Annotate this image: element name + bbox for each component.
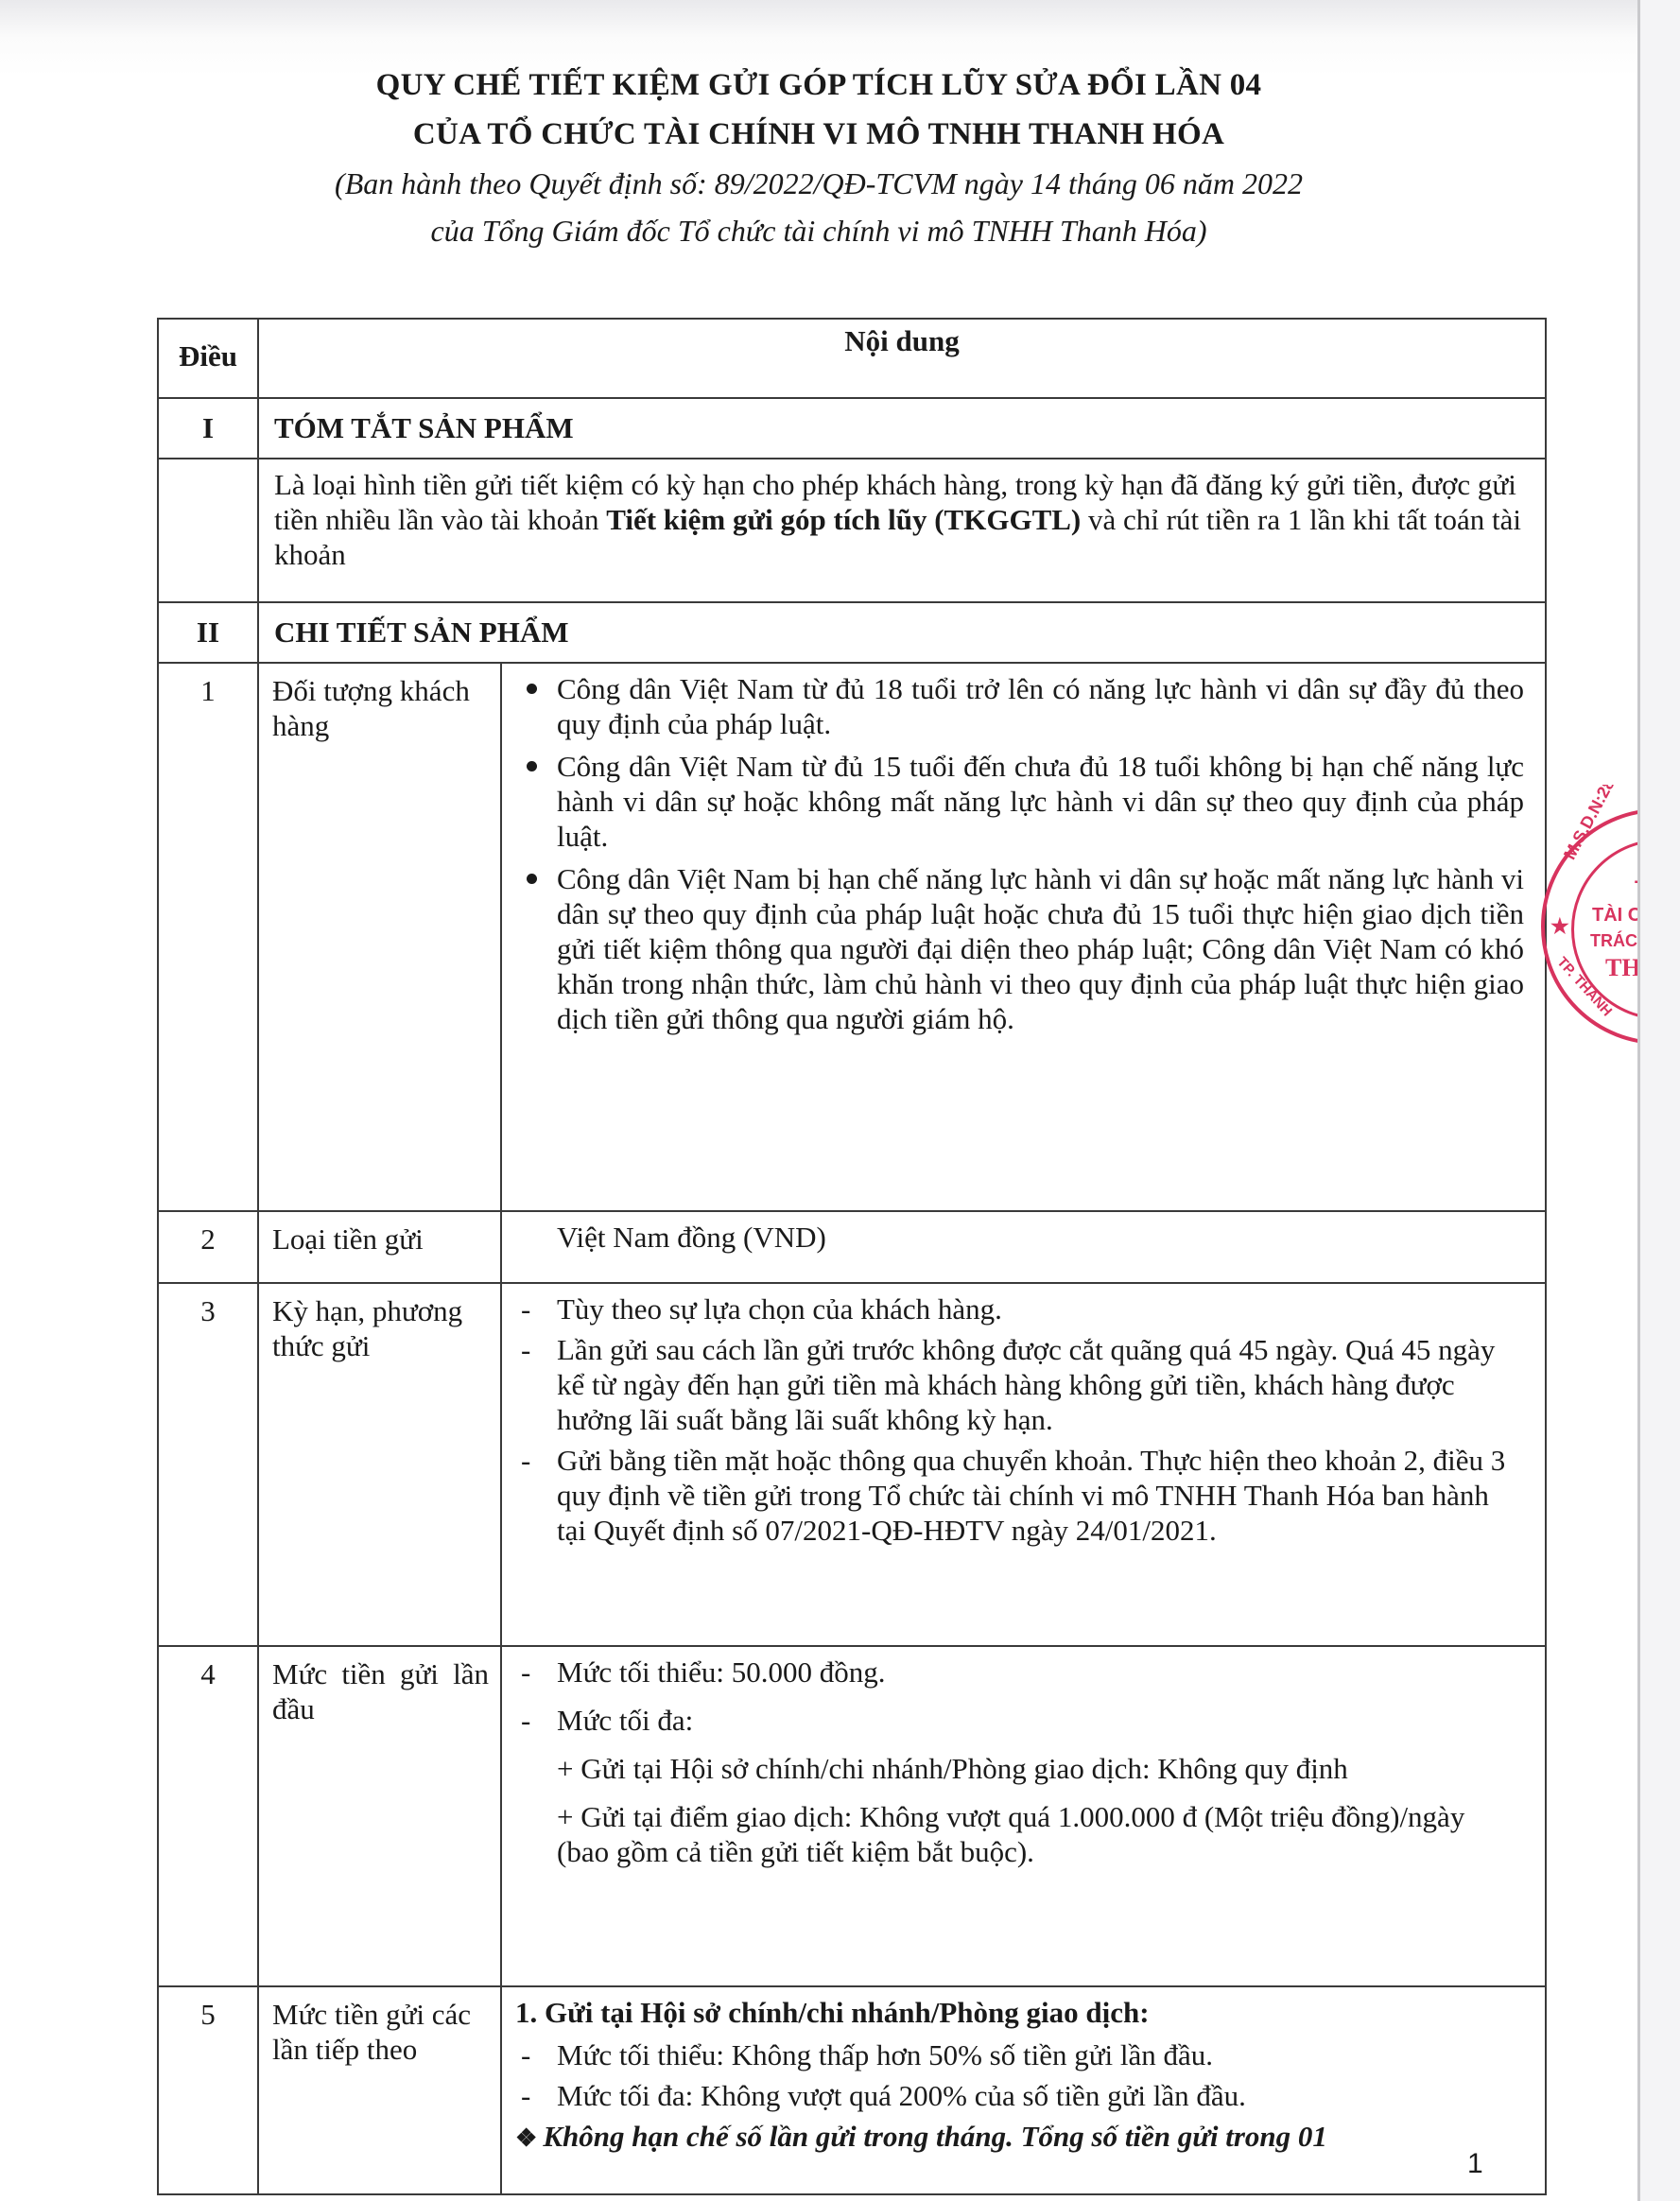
- stamp-text: TH: [1605, 954, 1637, 982]
- list-item: -Mức tối đa:: [515, 1703, 1524, 1738]
- section-number: II: [158, 602, 258, 663]
- list-item: Công dân Việt Nam từ đủ 15 tuổi đến chưa…: [515, 749, 1524, 854]
- dash-icon: -: [521, 2078, 530, 2113]
- row-content: Công dân Việt Nam từ đủ 18 tuổi trở lên …: [501, 663, 1546, 1211]
- dash-icon: -: [521, 1332, 530, 1367]
- dash-icon: -: [521, 1655, 530, 1690]
- row-number: 4: [158, 1646, 258, 1986]
- row-label: Đối tượng khách hàng: [258, 663, 501, 1211]
- row-content: -Tùy theo sự lựa chọn của khách hàng. -L…: [501, 1283, 1546, 1646]
- document-title-organization: CỦA TỔ CHỨC TÀI CHÍNH VI MÔ TNHH THANH H…: [0, 117, 1637, 152]
- table-row: 4 Mức tiền gửi lần đầu -Mức tối thiểu: 5…: [158, 1646, 1546, 1986]
- summary-text: Là loại hình tiền gửi tiết kiệm có kỳ hạ…: [258, 459, 1546, 602]
- empty-cell: [158, 459, 258, 602]
- row-number: 2: [158, 1211, 258, 1283]
- regulation-table: Điều Nội dung I TÓM TẮT SẢN PHẨM Là loại…: [157, 318, 1547, 2195]
- row-label: Loại tiền gửi: [258, 1211, 501, 1283]
- header-content: Nội dung: [258, 319, 1546, 398]
- section-row-details: II CHI TIẾT SẢN PHẨM: [158, 602, 1546, 663]
- document-subtitle-issuer: của Tổng Giám đốc Tổ chức tài chính vi m…: [0, 214, 1637, 249]
- row-label: Mức tiền gửi các lần tiếp theo: [258, 1986, 501, 2194]
- bullet-icon: [527, 684, 537, 694]
- bullet-icon: [527, 761, 537, 771]
- row-number: 3: [158, 1283, 258, 1646]
- list-item: -Gửi bằng tiền mặt hoặc thông qua chuyển…: [515, 1443, 1524, 1548]
- list-item: Công dân Việt Nam bị hạn chế năng lực hà…: [515, 861, 1524, 1036]
- row-content: Việt Nam đồng (VND): [501, 1211, 1546, 1283]
- row-number: 1: [158, 663, 258, 1211]
- table-header-row: Điều Nội dung: [158, 319, 1546, 398]
- list-item: -Mức tối đa: Không vượt quá 200% của số …: [515, 2078, 1524, 2113]
- row-content: -Mức tối thiểu: 50.000 đồng. -Mức tối đa…: [501, 1646, 1546, 1986]
- document-title: QUY CHẾ TIẾT KIỆM GỬI GÓP TÍCH LŨY SỬA Đ…: [0, 68, 1637, 103]
- scan-margin: [1640, 0, 1680, 2201]
- list-item: -Mức tối thiểu: Không thấp hơn 50% số ti…: [515, 2037, 1524, 2072]
- diamond-bullet-icon: ❖: [515, 2124, 537, 2152]
- list-item: -Tùy theo sự lựa chọn của khách hàng.: [515, 1291, 1524, 1326]
- dash-icon: -: [521, 2037, 530, 2072]
- table-row: 5 Mức tiền gửi các lần tiếp theo 1. Gửi …: [158, 1986, 1546, 2194]
- dash-icon: -: [521, 1703, 530, 1738]
- document-subtitle-decision: (Ban hành theo Quyết định số: 89/2022/QĐ…: [0, 166, 1637, 201]
- row-label: Kỳ hạn, phương thức gửi: [258, 1283, 501, 1646]
- stamp-text: TỔ: [1635, 876, 1637, 901]
- product-name: Tiết kiệm gửi góp tích lũy (TKGGTL): [606, 503, 1081, 536]
- list-item: -Mức tối thiểu: 50.000 đồng.: [515, 1655, 1524, 1690]
- stamp-circle: M.S.D.N:2802 ★ TỔ TÀI C TRÁCH TH TP. THA…: [1541, 808, 1637, 1045]
- section-title: CHI TIẾT SẢN PHẨM: [258, 602, 1546, 663]
- section-title: TÓM TẮT SẢN PHẨM: [258, 398, 1546, 459]
- row-number: 5: [158, 1986, 258, 2194]
- stamp-text: TRÁCH: [1590, 931, 1637, 951]
- list-item: -Lần gửi sau cách lần gửi trước không đư…: [515, 1332, 1524, 1437]
- section-number: I: [158, 398, 258, 459]
- stamp-text: TÀI C: [1592, 905, 1637, 927]
- subsection-heading: 1. Gửi tại Hội sở chính/chi nhánh/Phòng …: [515, 1995, 1524, 2030]
- star-icon: ★: [1550, 914, 1569, 939]
- row-label: Mức tiền gửi lần đầu: [258, 1646, 501, 1986]
- page-number: 1: [1467, 2148, 1483, 2180]
- table-row: 3 Kỳ hạn, phương thức gửi -Tùy theo sự l…: [158, 1283, 1546, 1646]
- note: ❖Không hạn chế số lần gửi trong tháng. T…: [515, 2119, 1524, 2156]
- header-article: Điều: [158, 319, 258, 398]
- official-stamp: M.S.D.N:2802 ★ TỔ TÀI C TRÁCH TH TP. THA…: [1513, 785, 1637, 1087]
- row-content: 1. Gửi tại Hội sở chính/chi nhánh/Phòng …: [501, 1986, 1546, 2194]
- dash-icon: -: [521, 1291, 530, 1326]
- dash-icon: -: [521, 1443, 530, 1478]
- table-row: 1 Đối tượng khách hàng Công dân Việt Nam…: [158, 663, 1546, 1211]
- bullet-icon: [527, 874, 537, 884]
- summary-row: Là loại hình tiền gửi tiết kiệm có kỳ hạ…: [158, 459, 1546, 602]
- table-row: 2 Loại tiền gửi Việt Nam đồng (VND): [158, 1211, 1546, 1283]
- list-item: + Gửi tại Hội sở chính/chi nhánh/Phòng g…: [515, 1751, 1524, 1786]
- list-item: + Gửi tại điểm giao dịch: Không vượt quá…: [515, 1799, 1524, 1869]
- section-row-summary: I TÓM TẮT SẢN PHẨM: [158, 398, 1546, 459]
- list-item: Công dân Việt Nam từ đủ 18 tuổi trở lên …: [515, 671, 1524, 741]
